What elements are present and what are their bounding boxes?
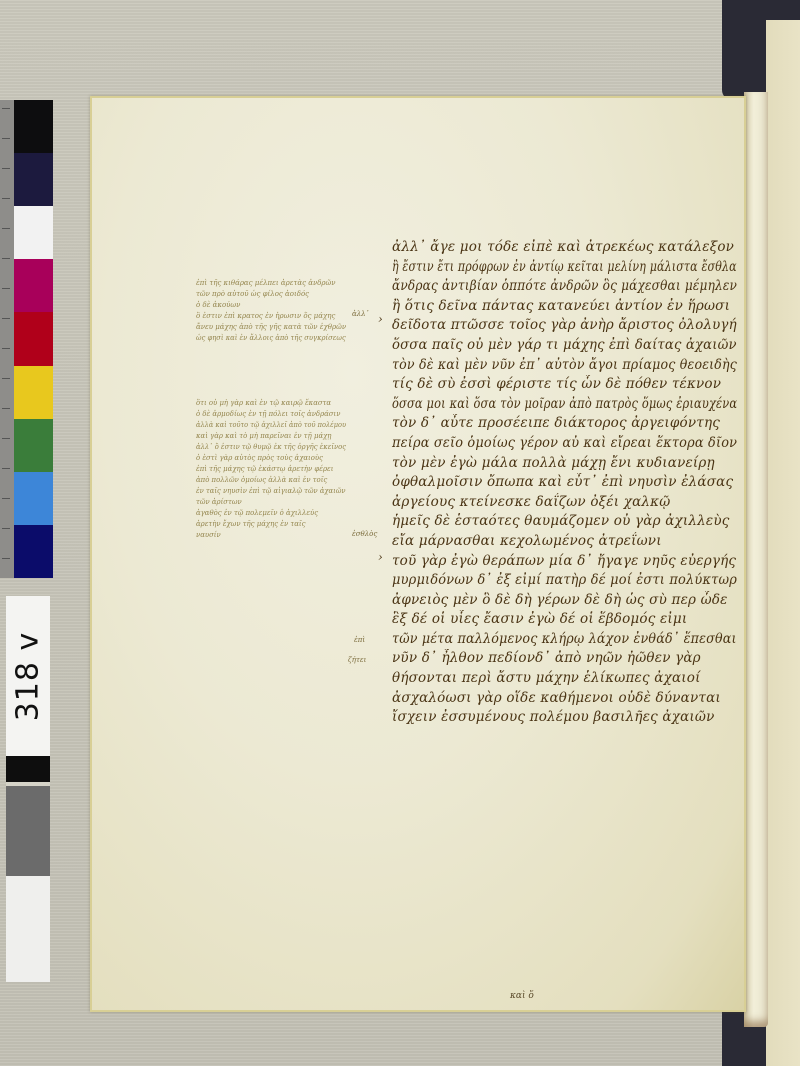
text-line: τὸν δὲ καὶ μὲν νῦν ἐπ᾽ αὐτὸν ἄγοι πρίαμο… [392, 356, 714, 376]
text-line: ἡμεῖς δὲ ἑσταότες θαυμάζομεν οὐ γὰρ ἀχιλ… [392, 512, 737, 532]
text-line: ὡς φησὶ καὶ ἐν ἄλλοις ἀπὸ τῆς συγκρίσεως [196, 333, 341, 344]
text-line: ὁ δὲ ἀρμοδίως ἐν τῇ πόλει τοῖς ἀνδράσιν [196, 409, 346, 420]
page-fore-edge [744, 92, 768, 1027]
scale-tick [2, 258, 10, 259]
text-line: ἓξ δέ οἱ υἷες ἔασιν ἐγὼ δέ οἱ ἕβδομός εἰ… [392, 610, 737, 630]
text-line: ὅτι οὐ μὴ γὰρ καὶ ἐν τῷ καιρῷ ἕκαστα [196, 398, 346, 409]
text-line: ὀφθαλμοῖσιν ὄπωπα καὶ εὖτ᾽ ἐπὶ νηυσὶν ἐλ… [392, 473, 737, 493]
text-line: ἢ ὅτις δεῖνα πάντας κατανεύει ἀντίον ἐν … [392, 297, 737, 317]
text-line: ἐπὶ τῆς κιθάρας μέλπει ἀρετὰς ἀνδρῶν [196, 278, 346, 289]
text-line: θήσονται περὶ ἄστυ μάχην ἑλίκωπες ἀχαιοί [392, 669, 737, 689]
text-line: ἀλλὰ καὶ τοῦτο τῷ ἀχιλλεῖ ἀπὸ τοῦ πολέμο… [196, 420, 339, 431]
color-patch [14, 100, 53, 153]
color-patch [14, 312, 53, 365]
color-patch [14, 206, 53, 259]
text-line: ὃ ἐστιν ἐπὶ κρατος ἐν ἡρωσιν ὅς μάχης [196, 311, 346, 322]
text-line: τῶν μέτα παλλόμενος κλήρῳ λάχον ἐνθάδ᾽ ἕ… [392, 630, 716, 650]
text-line: ἢ ἔστιν ἔτι πρόφρων ἐν ἀντίῳ κεῖται μελί… [392, 258, 673, 278]
text-line: τὸν δ᾽ αὖτε προσέειπε διάκτορος ἀργειφόν… [392, 414, 737, 434]
color-patch [14, 525, 53, 578]
text-line: ὁ ἐστὶ γὰρ αὐτὸς πρὸς τοὺς ἀχαιοὺς [196, 453, 346, 464]
color-patch [14, 419, 53, 472]
text-line: ἀρετὴν ἔχων τῆς μάχης ἐν ταῖς [196, 519, 346, 530]
scholia-lower: ὅτι οὐ μὴ γὰρ καὶ ἐν τῷ καιρῷ ἕκασταὁ δὲ… [196, 398, 348, 541]
text-line: τὸν μὲν ἐγὼ μάλα πολλὰ μάχῃ ἔνι κυδιανεί… [392, 454, 737, 474]
text-line: ἀγαθὸς ἐν τῷ πολεμεῖν ὁ ἀχιλλεύς [196, 508, 346, 519]
text-line: τοῦ γὰρ ἐγὼ θεράπων μία δ᾽ ἤγαγε νηῦς εὐ… [392, 552, 737, 572]
text-line: εἴα μάρνασθαι κεχολωμένος ἀτρεΐωνι [392, 532, 737, 552]
text-line: τῶν πρὸ αὐτοῦ ὡς φίλος ἀοιδός [196, 289, 346, 300]
scale-tick [2, 558, 10, 559]
scale-tick [2, 168, 10, 169]
margin-note: ἐσθλὸς [352, 530, 377, 538]
scale-tick [2, 198, 10, 199]
quire-signature: καὶ ὅ [510, 991, 534, 1001]
text-line: ἀλλ᾽ ἄγε μοι τόδε εἰπὲ καὶ ἀτρεκέως κατά… [392, 238, 737, 258]
text-line: ἀλλ᾽ ὃ ἐστιν τῷ θυμῷ ἐκ τῆς ὀργῆς ἐκεῖνο… [196, 442, 343, 453]
text-line: ὅσσα μοι καὶ ὅσα τὸν μοῖραν ἀπὸ πατρὸς ὅ… [392, 395, 683, 415]
scale-tick [2, 468, 10, 469]
scale-tick [2, 288, 10, 289]
text-line: μυρμιδόνων δ᾽ ἐξ εἰμί πατὴρ δέ μοί ἐστι … [392, 571, 723, 591]
gray-patch-white [6, 876, 50, 982]
scale-tick [2, 348, 10, 349]
scale-tick [2, 378, 10, 379]
scale-tick [2, 498, 10, 499]
scale-tick [2, 318, 10, 319]
color-calibration-bar [14, 100, 53, 578]
scale-tick [2, 108, 10, 109]
scale-tick [2, 438, 10, 439]
folio-label: 318 v [6, 596, 50, 756]
color-patch [14, 259, 53, 312]
margin-note: ζήτει [348, 656, 366, 664]
gray-patch-mid [6, 786, 50, 876]
text-line: ἀφνειὸς μὲν ὃ δὲ δὴ γέρων δὲ δὴ ὡς σὺ πε… [392, 591, 737, 611]
text-line: ὅσσα παῖς οὐ μὲν γάρ τι μάχης ἐπὶ δαίτας… [392, 336, 728, 356]
text-line: καὶ γὰρ καὶ τὸ μὴ παρεῖναι ἐν τῇ μάχῃ [196, 431, 346, 442]
scholia-upper: ἐπὶ τῆς κιθάρας μέλπει ἀρετὰς ἀνδρῶντῶν … [196, 278, 346, 344]
scale-tick [2, 408, 10, 409]
main-text-block: ἀλλ᾽ ἄγε μοι τόδε εἰπὲ καὶ ἀτρεκέως κατά… [392, 238, 737, 728]
margin-arrow: › [378, 550, 383, 564]
scale-tick [2, 228, 10, 229]
margin-arrow: › [378, 312, 383, 326]
color-patch [14, 472, 53, 525]
text-line: πείρα σεῖο ὁμοίως γέρον αὐ καὶ εἴρεαι ἕκ… [392, 434, 721, 454]
text-line: ἐπὶ τῆς μάχης τῷ ἑκάστῳ ἀρετὴν φέρει [196, 464, 346, 475]
text-line: ἀργείους κτείνεσκε δαΐζων ὀξέι χαλκῷ [392, 493, 737, 513]
text-line: δεῖδοτα πτῶσσε τοῖος γὰρ ἀνὴρ ἄριστος ὀλ… [392, 316, 733, 336]
folio-number: 318 v [11, 631, 46, 721]
gray-patch-black [6, 756, 50, 782]
color-patch [14, 153, 53, 206]
text-line: ἴσχειν ἐσσυμένους πολέμου βασιλῆες ἀχαιῶ… [392, 708, 737, 728]
scale-tick [2, 138, 10, 139]
text-line: ἄνευ μάχης ἀπὸ τῆς γῆς κατὰ τῶν ἐχθρῶν [196, 322, 346, 333]
text-line: ἐν ταῖς νηυσὶν ἐπὶ τῷ αἰγιαλῷ τῶν ἀχαιῶν [196, 486, 344, 497]
text-line: ὁ δὲ ἀκούων [196, 300, 346, 311]
margin-note: ἐπὶ [354, 636, 365, 644]
scale-tick [2, 528, 10, 529]
margin-note: ἀλλ᾽ [352, 310, 369, 318]
facing-page-edge [766, 20, 800, 1066]
text-line: νῦν δ᾽ ἦλθον πεδίονδ᾽ ἀπὸ νηῶν ἠῶθεν γὰρ [392, 649, 737, 669]
measurement-scale [0, 100, 14, 578]
text-line: τῶν ἀρίστων [196, 497, 346, 508]
color-patch [14, 366, 53, 419]
text-line: ἀπὸ πολλῶν ὁμοίως ἀλλὰ καὶ ἐν τοῖς [196, 475, 346, 486]
text-line: ἄνδρας ἀντιβίαν ὁππότε ἀνδρῶν ὃς μάχεσθα… [392, 277, 701, 297]
text-line: ἀσχαλόωσι γὰρ οἵδε καθήμενοι οὐδὲ δύναντ… [392, 689, 737, 709]
text-line: ναυσίν [196, 530, 346, 541]
text-line: τίς δὲ σὺ ἐσσὶ φέριστε τίς ὧν δὲ πόθεν τ… [392, 375, 737, 395]
folio-label-strip: 318 v [6, 596, 50, 982]
